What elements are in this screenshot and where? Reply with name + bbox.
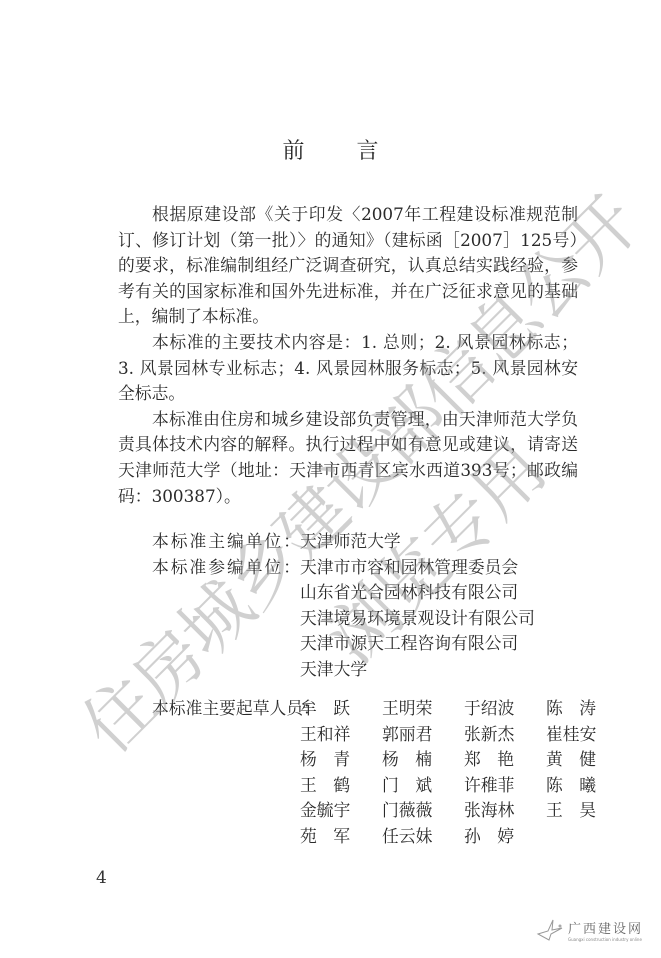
drafter-name: 陈曦 bbox=[546, 773, 628, 799]
site-logo: 广西建设网 Guangxi construction industry onli… bbox=[536, 908, 656, 952]
chief-editor-label: 本标准主编单位： bbox=[152, 529, 300, 555]
paragraph-contents: 本标准的主要技术内容是：1. 总则；2. 风景园林标志；3. 风景园林专业标志；… bbox=[118, 330, 578, 407]
paragraph-background: 根据原建设部《关于印发〈2007年工程建设标准规范制订、修订计划（第一批）〉的通… bbox=[118, 202, 578, 330]
drafter-name: 王鹤 bbox=[300, 773, 382, 799]
preface-body: 根据原建设部《关于印发〈2007年工程建设标准规范制订、修订计划（第一批）〉的通… bbox=[118, 202, 578, 509]
drafter-name: 牟跃 bbox=[300, 696, 382, 722]
drafters-row: 王和祥郭丽君张新杰崔桂安 bbox=[118, 722, 588, 748]
drafter-name: 王明荣 bbox=[382, 696, 464, 722]
page-number: 4 bbox=[96, 868, 107, 888]
drafter-name: 门薇薇 bbox=[382, 798, 464, 824]
chief-editor-value: 天津师范大学 bbox=[300, 529, 401, 555]
drafter-name: 门斌 bbox=[382, 773, 464, 799]
drafter-name: 张海林 bbox=[464, 798, 546, 824]
drafters-names: 王鹤门斌许稚菲陈曦 bbox=[300, 773, 628, 799]
drafters-label: 本标准主要起草人员： bbox=[152, 696, 300, 722]
drafter-name: 郭丽君 bbox=[382, 722, 464, 748]
drafters-names: 金毓宇门薇薇张海林王昊 bbox=[300, 798, 628, 824]
participating-label: 本标准参编单位： bbox=[152, 555, 300, 581]
drafter-name: 郑艳 bbox=[464, 747, 546, 773]
drafters-row: 杨青杨楠郑艳黄健 bbox=[118, 747, 588, 773]
participating-unit: 天津市源天工程咨询有限公司 bbox=[300, 631, 518, 657]
drafter-name: 王昊 bbox=[546, 798, 628, 824]
participating-unit: 天津市市容和园林管理委员会 bbox=[300, 555, 518, 581]
drafter-name: 张新杰 bbox=[464, 722, 546, 748]
participating-row-5: 天津大学 bbox=[118, 657, 588, 683]
participating-row-3: 天津境易环境景观设计有限公司 bbox=[118, 606, 588, 632]
drafter-name: 许稚菲 bbox=[464, 773, 546, 799]
drafter-name: 黄健 bbox=[546, 747, 628, 773]
drafter-name: 崔桂安 bbox=[546, 722, 628, 748]
drafters-row: 金毓宇门薇薇张海林王昊 bbox=[118, 798, 588, 824]
participating-row: 本标准参编单位： 天津市市容和园林管理委员会 bbox=[118, 555, 588, 581]
title-char-2: 言 bbox=[357, 134, 379, 165]
drafter-name: 苑军 bbox=[300, 824, 382, 850]
drafters-names: 苑军任云妹孙婷 bbox=[300, 824, 546, 850]
drafter-name: 孙婷 bbox=[464, 824, 546, 850]
participating-row-2: 山东省光合园林科技有限公司 bbox=[118, 580, 588, 606]
drafters-names: 杨青杨楠郑艳黄健 bbox=[300, 747, 628, 773]
drafter-name: 杨楠 bbox=[382, 747, 464, 773]
drafters-row: 王鹤门斌许稚菲陈曦 bbox=[118, 773, 588, 799]
participating-unit: 山东省光合园林科技有限公司 bbox=[300, 580, 518, 606]
drafters-row: 苑军任云妹孙婷 bbox=[118, 824, 588, 850]
title-char-1: 前 bbox=[282, 134, 304, 165]
drafter-name: 金毓宇 bbox=[300, 798, 382, 824]
logo-text-en: Guangxi construction industry online bbox=[568, 937, 643, 942]
participating-unit: 天津境易环境景观设计有限公司 bbox=[300, 606, 535, 632]
drafter-name: 于绍波 bbox=[464, 696, 546, 722]
drafter-name: 任云妹 bbox=[382, 824, 464, 850]
star-logo-icon bbox=[536, 918, 564, 942]
drafters-row: 本标准主要起草人员： 牟跃王明荣于绍波陈涛 bbox=[118, 696, 588, 722]
drafter-name: 杨青 bbox=[300, 747, 382, 773]
chief-editor-row: 本标准主编单位： 天津师范大学 bbox=[118, 529, 588, 555]
drafters-names: 牟跃王明荣于绍波陈涛 bbox=[300, 696, 628, 722]
participating-row-4: 天津市源天工程咨询有限公司 bbox=[118, 631, 588, 657]
editing-units: 本标准主编单位： 天津师范大学 本标准参编单位： 天津市市容和园林管理委员会 山… bbox=[118, 529, 588, 683]
drafter-name: 王和祥 bbox=[300, 722, 382, 748]
participating-unit: 天津大学 bbox=[300, 657, 367, 683]
page-title: 前言 bbox=[0, 134, 661, 165]
paragraph-management: 本标准由住房和城乡建设部负责管理，由天津师范大学负责具体技术内容的解释。执行过程… bbox=[118, 407, 578, 509]
drafters-names: 王和祥郭丽君张新杰崔桂安 bbox=[300, 722, 628, 748]
drafter-name: 陈涛 bbox=[546, 696, 628, 722]
drafters-list: 本标准主要起草人员： 牟跃王明荣于绍波陈涛 王和祥郭丽君张新杰崔桂安 杨青杨楠郑… bbox=[118, 696, 588, 850]
logo-text-cn: 广西建设网 bbox=[568, 918, 643, 937]
